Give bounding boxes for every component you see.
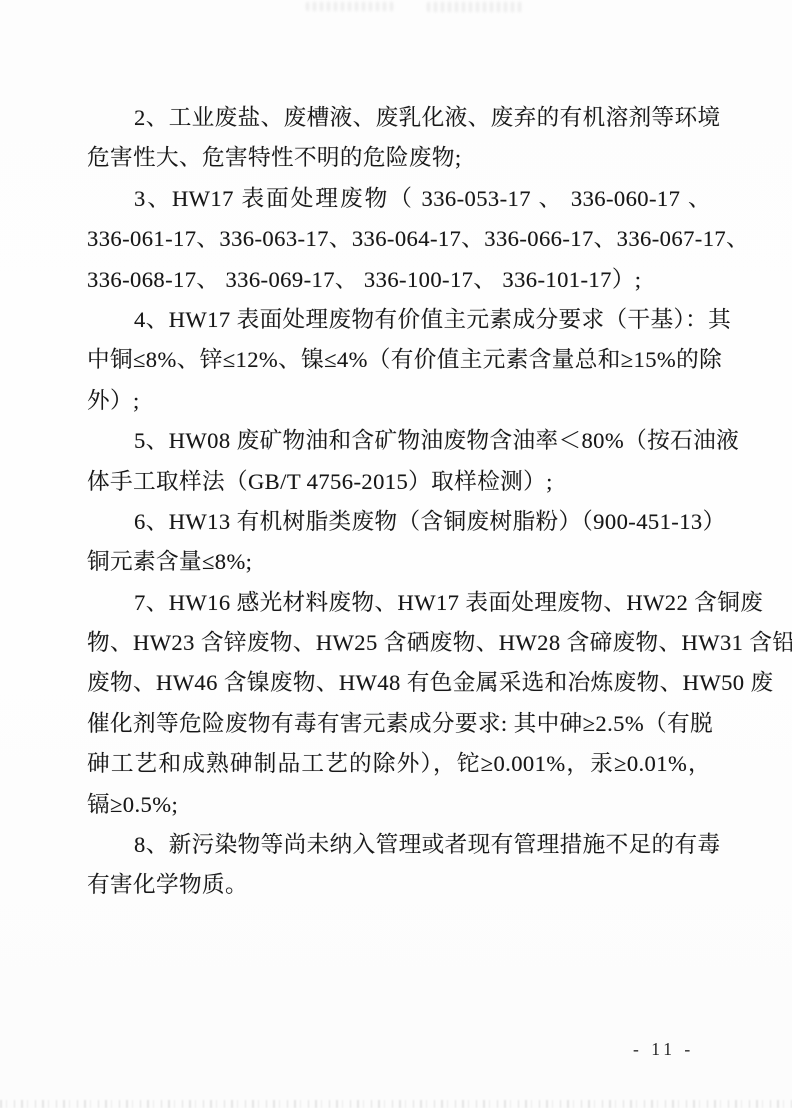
text-line: 外）; <box>87 381 711 421</box>
text-line: 2、工业废盐、废槽液、废乳化液、废弃的有机溶剂等环境 <box>87 98 711 138</box>
bleed-through-smudge <box>427 2 525 12</box>
page-number: - 11 - <box>633 1039 694 1060</box>
text-line: 3、HW17 表面处理废物（ 336-053-17 、 336-060-17 、 <box>87 179 711 219</box>
text-line: 336-061-17、336-063-17、336-064-17、336-066… <box>87 219 711 259</box>
text-line: 8、新污染物等尚未纳入管理或者现有管理措施不足的有毒 <box>87 825 711 865</box>
document-body: 2、工业废盐、废槽液、废乳化液、废弃的有机溶剂等环境危害性大、危害特性不明的危险… <box>87 98 711 906</box>
text-line: 废物、HW46 含镍废物、HW48 有色金属采选和冶炼废物、HW50 废 <box>87 663 711 703</box>
text-line: 危害性大、危害特性不明的危险废物; <box>87 138 711 178</box>
scan-noise-band <box>0 1100 792 1108</box>
text-line: 催化剂等危险废物有毒有害元素成分要求: 其中砷≥2.5%（有脱 <box>87 704 711 744</box>
text-line: 6、HW13 有机树脂类废物（含铜废树脂粉）（900-451-13） <box>87 502 711 542</box>
text-line: 铜元素含量≤8%; <box>87 542 711 582</box>
text-line: 有害化学物质。 <box>87 865 711 905</box>
text-line: 5、HW08 废矿物油和含矿物油废物含油率＜80%（按石油液 <box>87 421 711 461</box>
text-line: 7、HW16 感光材料废物、HW17 表面处理废物、HW22 含铜废 <box>87 583 711 623</box>
text-line: 4、HW17 表面处理废物有价值主元素成分要求（干基）：其 <box>87 300 711 340</box>
text-line: 中铜≤8%、锌≤12%、镍≤4%（有价值主元素含量总和≥15%的除 <box>87 340 711 380</box>
text-line: 物、HW23 含锌废物、HW25 含硒废物、HW28 含碲废物、HW31 含铅 <box>87 623 711 663</box>
text-line: 体手工取样法（GB/T 4756-2015）取样检测）; <box>87 462 711 502</box>
text-line: 镉≥0.5%; <box>87 785 711 825</box>
bleed-through-smudge <box>306 2 394 11</box>
text-line: 砷工艺和成熟砷制品工艺的除外），铊≥0.001%，汞≥0.01%， <box>87 744 711 784</box>
text-line: 336-068-17、 336-069-17、 336-100-17、 336-… <box>87 260 711 300</box>
scanned-document-page: 2、工业废盐、废槽液、废乳化液、废弃的有机溶剂等环境危害性大、危害特性不明的危险… <box>0 0 792 1108</box>
